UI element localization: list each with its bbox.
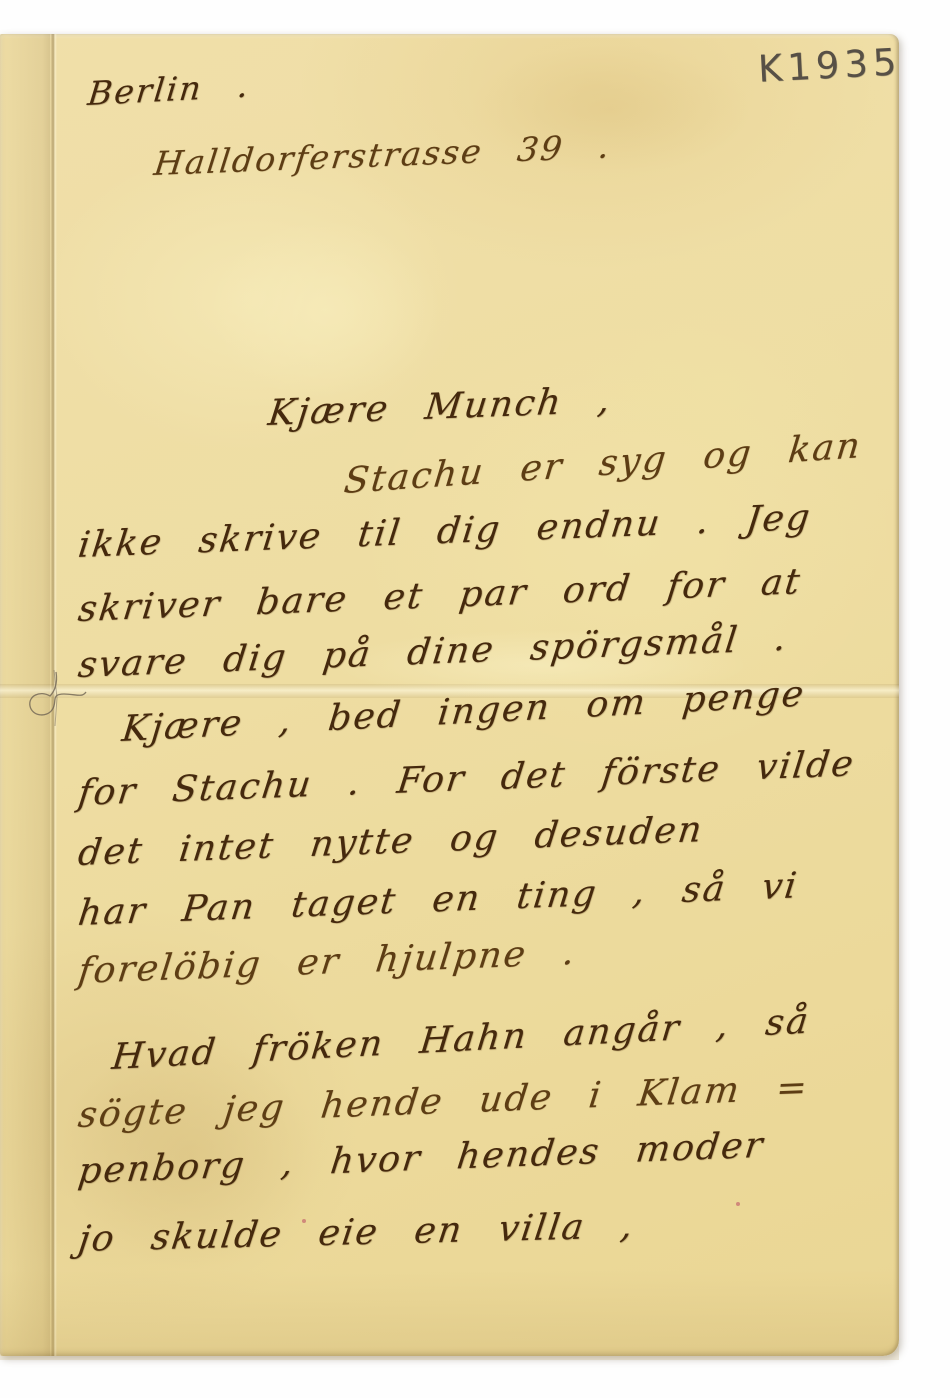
place-line: Berlin .	[86, 68, 252, 113]
letter-scan: K1935 Berlin . Halldorferstrasse 39 . Kj…	[0, 0, 950, 1398]
archive-mark: K1935	[757, 40, 902, 90]
red-speck	[736, 1202, 740, 1206]
